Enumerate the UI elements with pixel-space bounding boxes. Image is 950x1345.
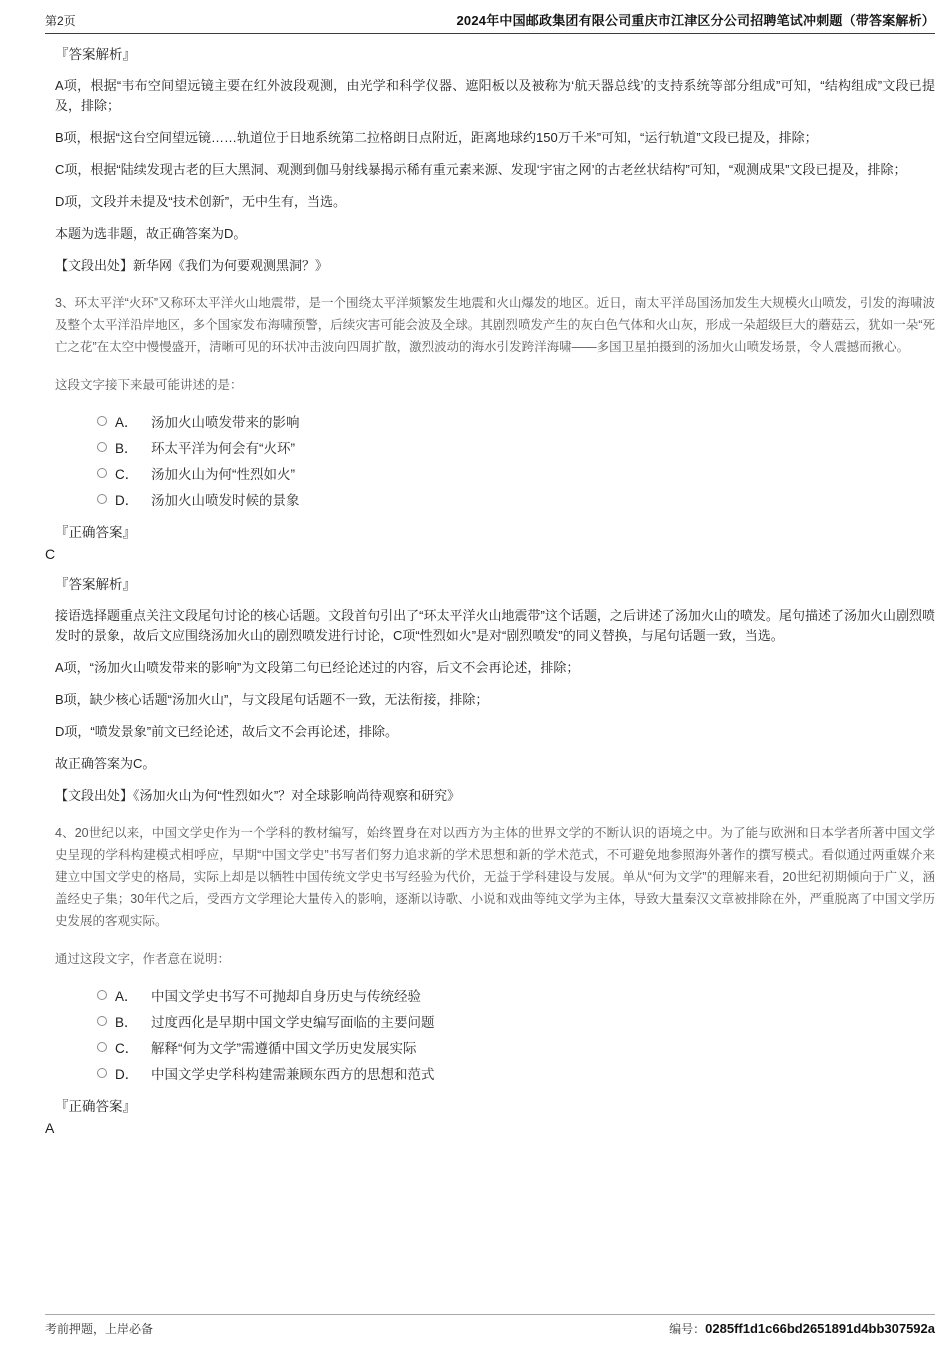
document-code-label: 编号： (669, 1322, 705, 1336)
option-row[interactable]: C．汤加火山为何“性烈如火” (97, 460, 935, 486)
option-row[interactable]: C．解释“何为文学”需遵循中国文学历史发展实际 (97, 1034, 935, 1060)
question-paragraph: 3、环太平洋“火环”又称环太平洋火山地震带，是一个围绕太平洋频繁发生地震和火山爆… (55, 292, 935, 358)
section-heading: 『答案解析』 (55, 46, 935, 64)
option-row[interactable]: A．汤加火山喷发带来的影响 (97, 408, 935, 434)
document-title: 2024年中国邮政集团有限公司重庆市江津区分公司招聘笔试冲刺题（带答案解析） (456, 10, 935, 29)
option-letter: C． (115, 1037, 141, 1057)
analysis-paragraph: A项，根据“韦布空间望远镜主要在红外波段观测，由光学和科学仪器、遮阳板以及被称为… (55, 76, 935, 116)
analysis-paragraph: 接语选择题重点关注文段尾句讨论的核心话题。文段首句引出了“环太平洋火山地震带”这… (55, 606, 935, 646)
option-text: 汤加火山为何“性烈如火” (151, 463, 295, 483)
option-letter: B． (115, 437, 141, 457)
footer-slogan: 考前押题，上岸必备 (45, 1320, 153, 1337)
analysis-paragraph: 故正确答案为C。 (55, 754, 935, 774)
question-paragraph: 通过这段文字，作者意在说明： (55, 948, 935, 970)
option-text: 过度西化是早期中国文学史编写面临的主要问题 (151, 1011, 435, 1031)
page-header: 第2页 2024年中国邮政集团有限公司重庆市江津区分公司招聘笔试冲刺题（带答案解… (45, 0, 935, 34)
options-group: A．中国文学史书写不可抛却自身历史与传统经验B．过度西化是早期中国文学史编写面临… (97, 982, 935, 1086)
radio-icon[interactable] (97, 416, 107, 426)
option-letter: B． (115, 1011, 141, 1031)
analysis-paragraph: 【文段出处】《汤加火山为何“性烈如火”？对全球影响尚待观察和研究》 (55, 786, 935, 806)
radio-icon[interactable] (97, 1042, 107, 1052)
option-letter: A． (115, 411, 141, 431)
option-text: 环太平洋为何会有“火环” (151, 437, 295, 457)
document-page: 第2页 2024年中国邮政集团有限公司重庆市江津区分公司招聘笔试冲刺题（带答案解… (0, 0, 950, 1345)
option-row[interactable]: B．环太平洋为何会有“火环” (97, 434, 935, 460)
option-row[interactable]: D．中国文学史学科构建需兼顾东西方的思想和范式 (97, 1060, 935, 1086)
radio-icon[interactable] (97, 442, 107, 452)
option-letter: D． (115, 489, 141, 509)
radio-icon[interactable] (97, 1016, 107, 1026)
option-row[interactable]: D．汤加火山喷发时候的景象 (97, 486, 935, 512)
page-number: 第2页 (45, 12, 76, 29)
section-heading: 『正确答案』 (55, 524, 935, 542)
radio-icon[interactable] (97, 494, 107, 504)
option-text: 中国文学史学科构建需兼顾东西方的思想和范式 (151, 1063, 435, 1083)
analysis-paragraph: B项，根据“这台空间望远镜……轨道位于日地系统第二拉格朗日点附近，距离地球约15… (55, 128, 935, 148)
analysis-paragraph: 本题为选非题，故正确答案为D。 (55, 224, 935, 244)
option-row[interactable]: A．中国文学史书写不可抛却自身历史与传统经验 (97, 982, 935, 1008)
correct-answer-letter: A (45, 1118, 935, 1138)
section-heading: 『正确答案』 (55, 1098, 935, 1116)
options-group: A．汤加火山喷发带来的影响B．环太平洋为何会有“火环”C．汤加火山为何“性烈如火… (97, 408, 935, 512)
analysis-paragraph: C项，根据“陆续发现古老的巨大黑洞、观测到伽马射线暴揭示稀有重元素来源、发现‘宇… (55, 160, 935, 180)
option-letter: C． (115, 463, 141, 483)
document-code: 编号：0285ff1d1c66bd2651891d4bb307592a (669, 1320, 935, 1337)
radio-icon[interactable] (97, 468, 107, 478)
option-letter: D． (115, 1063, 141, 1083)
option-text: 汤加火山喷发带来的影响 (151, 411, 300, 431)
question-paragraph: 这段文字接下来最可能讲述的是： (55, 374, 935, 396)
option-text: 汤加火山喷发时候的景象 (151, 489, 300, 509)
content-blocks: 『答案解析』A项，根据“韦布空间望远镜主要在红外波段观测，由光学和科学仪器、遮阳… (45, 46, 935, 1138)
question-paragraph: 4、20世纪以来，中国文学史作为一个学科的教材编写，始终置身在对以西方为主体的世… (55, 822, 935, 932)
analysis-paragraph: D项，“喷发景象”前文已经论述，故后文不会再论述，排除。 (55, 722, 935, 742)
radio-icon[interactable] (97, 990, 107, 1000)
document-code-value: 0285ff1d1c66bd2651891d4bb307592a (705, 1321, 935, 1336)
section-heading: 『答案解析』 (55, 576, 935, 594)
option-text: 中国文学史书写不可抛却自身历史与传统经验 (151, 985, 421, 1005)
option-row[interactable]: B．过度西化是早期中国文学史编写面临的主要问题 (97, 1008, 935, 1034)
page-footer: 考前押题，上岸必备 编号：0285ff1d1c66bd2651891d4bb30… (45, 1314, 935, 1337)
option-letter: A． (115, 985, 141, 1005)
correct-answer-letter: C (45, 544, 935, 564)
analysis-paragraph: B项，缺少核心话题“汤加火山”，与文段尾句话题不一致，无法衔接，排除； (55, 690, 935, 710)
analysis-paragraph: A项，“汤加火山喷发带来的影响”为文段第二句已经论述过的内容，后文不会再论述，排… (55, 658, 935, 678)
radio-icon[interactable] (97, 1068, 107, 1078)
analysis-paragraph: 【文段出处】新华网《我们为何要观测黑洞？》 (55, 256, 935, 276)
analysis-paragraph: D项，文段并未提及“技术创新”，无中生有，当选。 (55, 192, 935, 212)
option-text: 解释“何为文学”需遵循中国文学历史发展实际 (151, 1037, 417, 1057)
